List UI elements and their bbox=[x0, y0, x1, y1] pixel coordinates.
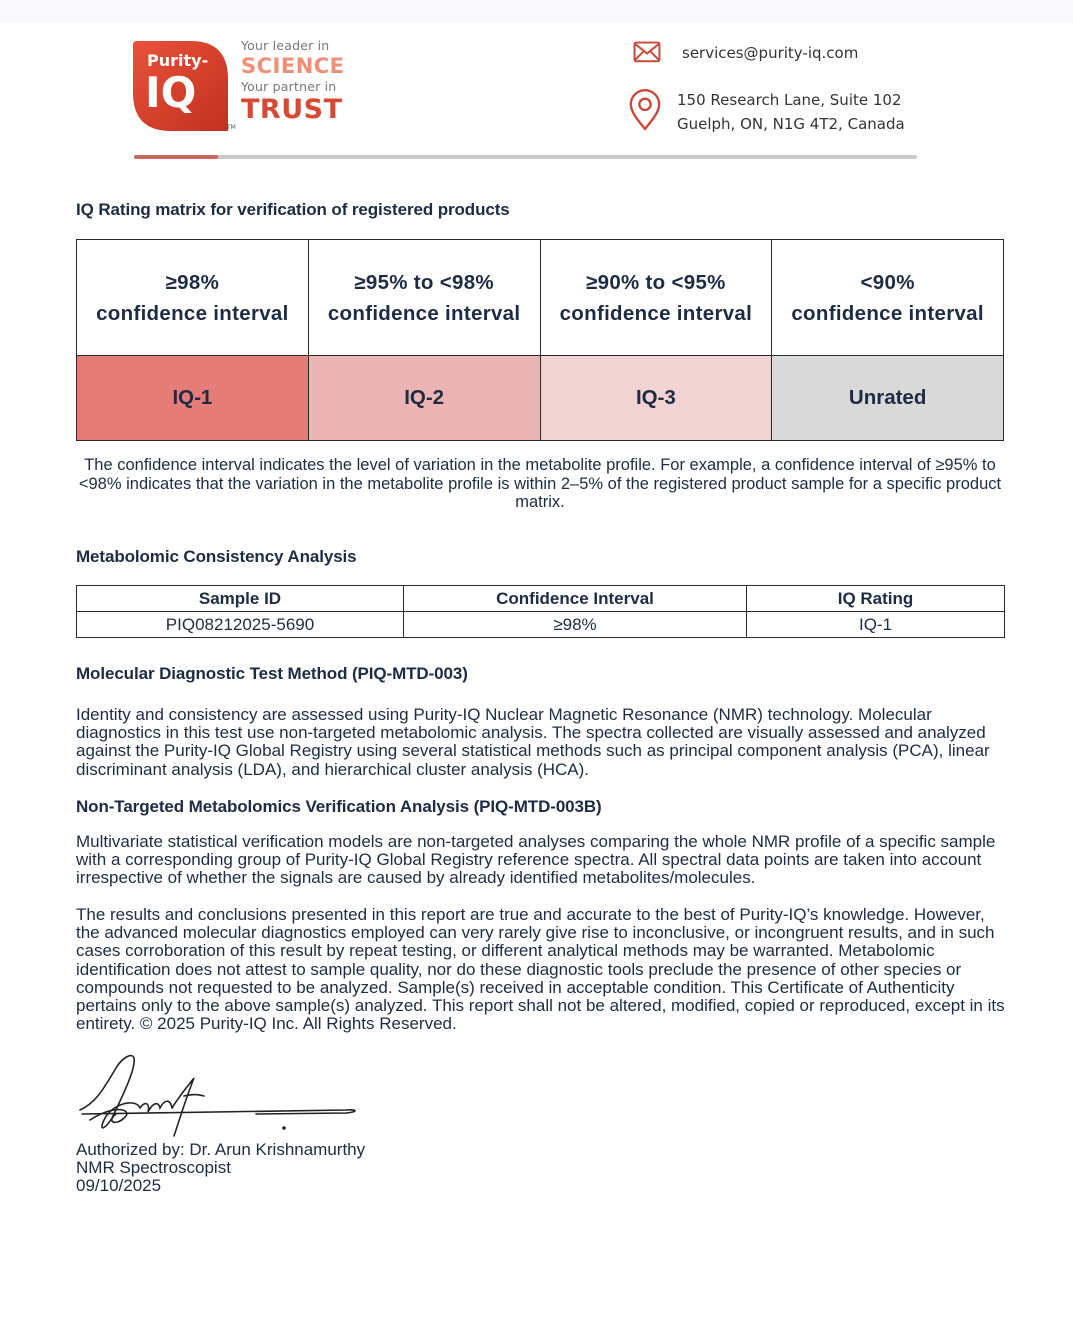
cell-iq-rating: IQ-1 bbox=[747, 612, 1005, 638]
trademark: TM bbox=[227, 124, 236, 131]
matrix-range-cell: ≥95% to <98%confidence interval bbox=[308, 240, 540, 356]
signer-role: NMR Spectroscopist bbox=[76, 1159, 365, 1177]
purity-iq-logo-icon: Purity- IQ bbox=[133, 41, 228, 131]
disclaimer: The results and conclusions presented in… bbox=[76, 906, 1006, 1033]
cell-sample-id: PIQ08212025-5690 bbox=[77, 612, 404, 638]
matrix-rating-iq1: IQ-1 bbox=[77, 356, 309, 441]
method-body: Identity and consistency are assessed us… bbox=[76, 706, 1006, 779]
confidence-note: The confidence interval indicates the le… bbox=[76, 456, 1004, 512]
consistency-table: Sample ID Confidence Interval IQ Rating … bbox=[76, 585, 1005, 638]
svg-text:IQ: IQ bbox=[145, 68, 196, 117]
header-iq-rating: IQ Rating bbox=[747, 586, 1005, 612]
matrix-range-cell: <90%confidence interval bbox=[772, 240, 1004, 356]
authorization-block: Authorized by: Dr. Arun Krishnamurthy NM… bbox=[76, 1141, 365, 1195]
table-row: PIQ08212025-5690 ≥98% IQ-1 bbox=[77, 612, 1005, 638]
envelope-icon bbox=[629, 41, 665, 69]
consistency-title: Metabolomic Consistency Analysis bbox=[76, 547, 357, 567]
nontargeted-title: Non-Targeted Metabolomics Verification A… bbox=[76, 797, 602, 817]
sign-date: 09/10/2025 bbox=[76, 1177, 365, 1195]
authorized-by: Authorized by: Dr. Arun Krishnamurthy bbox=[76, 1141, 365, 1159]
nontargeted-body: Multivariate statistical verification mo… bbox=[76, 833, 1006, 888]
map-pin-icon bbox=[628, 88, 662, 132]
header-sample-id: Sample ID bbox=[77, 586, 404, 612]
email-link[interactable]: services@purity-iq.com bbox=[682, 41, 858, 65]
method-title: Molecular Diagnostic Test Method (PIQ-MT… bbox=[76, 664, 468, 684]
header-divider-accent bbox=[134, 155, 218, 159]
contact-address: 150 Research Lane, Suite 102 Guelph, ON,… bbox=[628, 88, 905, 136]
top-bar bbox=[0, 0, 1073, 22]
rating-matrix-table: ≥98%confidence interval ≥95% to <98%conf… bbox=[76, 239, 1004, 441]
tagline-partner: Your partner in bbox=[241, 81, 345, 94]
contact-email: services@purity-iq.com bbox=[629, 41, 858, 69]
header-confidence-interval: Confidence Interval bbox=[404, 586, 747, 612]
address-line-1: 150 Research Lane, Suite 102 bbox=[677, 88, 905, 112]
matrix-range-cell: ≥90% to <95%confidence interval bbox=[540, 240, 772, 356]
matrix-range-cell: ≥98%confidence interval bbox=[77, 240, 309, 356]
matrix-rating-iq2: IQ-2 bbox=[308, 356, 540, 441]
signature-icon bbox=[76, 1048, 366, 1143]
matrix-rating-unrated: Unrated bbox=[772, 356, 1004, 441]
rating-matrix-title: IQ Rating matrix for verification of reg… bbox=[76, 200, 510, 220]
tagline-trust: TRUST bbox=[241, 96, 345, 123]
cell-confidence-interval: ≥98% bbox=[404, 612, 747, 638]
tagline-science: SCIENCE bbox=[241, 56, 345, 77]
tagline-leader: Your leader in bbox=[241, 40, 345, 53]
tagline: Your leader in SCIENCE Your partner in T… bbox=[241, 40, 345, 123]
address-line-2: Guelph, ON, N1G 4T2, Canada bbox=[677, 112, 905, 136]
header-divider bbox=[134, 155, 917, 159]
matrix-rating-iq3: IQ-3 bbox=[540, 356, 772, 441]
